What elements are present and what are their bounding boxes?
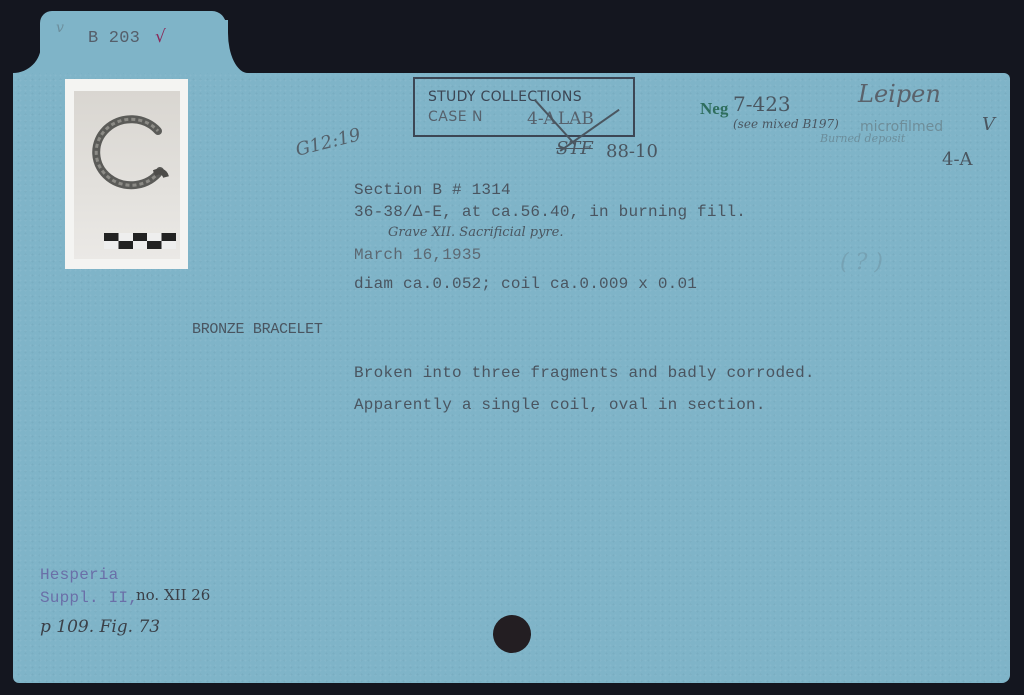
description-line-2: Apparently a single coil, oval in sectio… (354, 396, 766, 414)
study-collections-stamp: STUDY COLLECTIONS CASE N 4-ALAB (413, 77, 635, 137)
reference-number: no. XII 26 (136, 586, 210, 604)
microfilmed-check-icon: V (982, 114, 995, 135)
neg-number: 7-423 (733, 92, 791, 116)
neg-note: (see mixed B197) (733, 117, 839, 131)
photo-background (74, 91, 180, 259)
artifact-photo (65, 79, 188, 269)
stamp-struck-value: LAB (558, 109, 594, 129)
author-signature: Leipen (858, 80, 941, 108)
struck-correction: STF (556, 138, 593, 159)
grave-note: Grave XII. Sacrificial pyre. (388, 225, 563, 240)
case-ref: 4-A (942, 149, 973, 170)
correction-number: 88-10 (606, 141, 658, 162)
find-location: 36-38/Δ-Ε, at ca.56.40, in burning fill. (354, 203, 746, 221)
description-line-1: Broken into three fragments and badly co… (354, 364, 815, 382)
find-date: March 16,1935 (354, 246, 481, 264)
erased-pencil-notes: ( ? ) (840, 250, 883, 275)
punch-hole (493, 615, 531, 653)
bracelet-icon (74, 91, 180, 231)
dimensions: diam ca.0.052; coil ca.0.009 x 0.01 (354, 275, 697, 293)
reference-journal: Hesperia (40, 566, 118, 584)
section-number: Section B # 1314 (354, 181, 511, 199)
reference-suppl: Suppl. II, (40, 589, 138, 607)
stamp-title: STUDY COLLECTIONS (428, 89, 582, 105)
card-tab-right-curve (218, 20, 248, 80)
scale-bar (104, 233, 176, 249)
faint-burned-note: Burned deposit (820, 132, 905, 145)
reference-page-fig: p 109. Fig. 73 (40, 617, 160, 637)
object-title: BRONZE BRACELET (192, 321, 323, 338)
tab-faint-mark: v (56, 20, 64, 36)
neg-label: Neg (700, 99, 728, 119)
stamp-case-label: CASE N (428, 109, 483, 125)
check-mark-icon: √ (155, 27, 166, 47)
catalog-number: B 203 (88, 29, 140, 48)
